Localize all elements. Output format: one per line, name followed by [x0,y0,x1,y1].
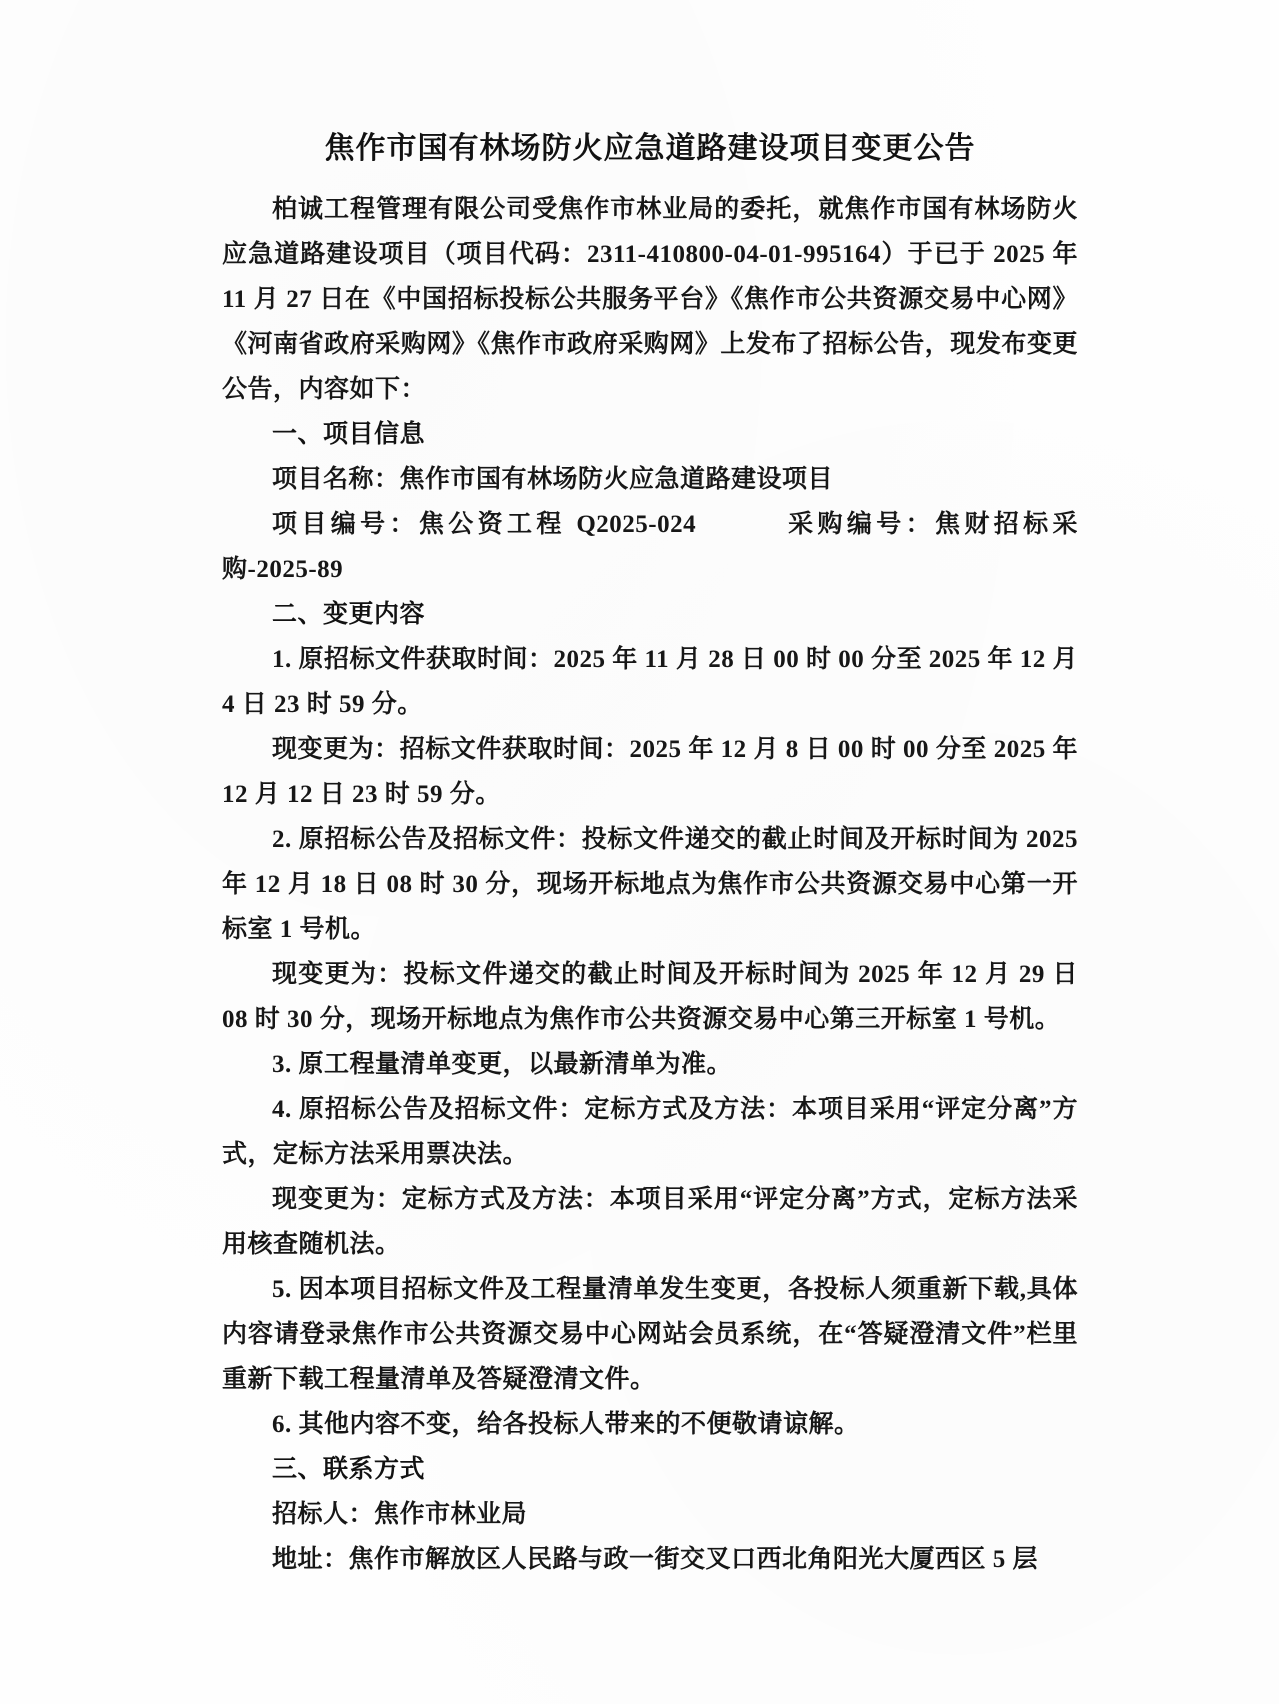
paragraph: 6. 其他内容不变，给各投标人带来的不便敬请谅解。 [222,1402,1078,1447]
paragraph: 地址：焦作市解放区人民路与政一街交叉口西北角阳光大厦西区 5 层 [222,1537,1078,1582]
paragraph: 项目编号：焦公资工程 Q2025-024 采购编号：焦财招标采购-2025-89 [222,502,1078,592]
section-heading-2: 二、变更内容 [222,592,1078,637]
section-heading-3: 三、联系方式 [222,1447,1078,1492]
paragraph: 2. 原招标公告及招标文件：投标文件递交的截止时间及开标时间为 2025 年 1… [222,817,1078,952]
paragraph: 5. 因本项目招标文件及工程量清单发生变更，各投标人须重新下载,具体内容请登录焦… [222,1267,1078,1402]
paragraph: 招标人：焦作市林业局 [222,1492,1078,1537]
intro-paragraph: 柏诚工程管理有限公司受焦作市林业局的委托，就焦作市国有林场防火应急道路建设项目（… [222,187,1078,412]
paragraph: 4. 原招标公告及招标文件：定标方式及方法：本项目采用“评定分离”方式，定标方法… [222,1087,1078,1177]
document: 焦作市国有林场防火应急道路建设项目变更公告 柏诚工程管理有限公司受焦作市林业局的… [222,126,1078,1582]
paragraph: 项目名称：焦作市国有林场防火应急道路建设项目 [222,457,1078,502]
paragraph: 1. 原招标文件获取时间：2025 年 11 月 28 日 00 时 00 分至… [222,637,1078,727]
paragraph: 现变更为：定标方式及方法：本项目采用“评定分离”方式，定标方法采用核查随机法。 [222,1177,1078,1267]
document-body: 柏诚工程管理有限公司受焦作市林业局的委托，就焦作市国有林场防火应急道路建设项目（… [222,187,1078,1582]
paragraph: 3. 原工程量清单变更，以最新清单为准。 [222,1042,1078,1087]
scanned-document-page: 焦作市国有林场防火应急道路建设项目变更公告 柏诚工程管理有限公司受焦作市林业局的… [0,0,1279,1704]
section-heading-1: 一、项目信息 [222,412,1078,457]
document-title: 焦作市国有林场防火应急道路建设项目变更公告 [222,126,1078,171]
paragraph: 现变更为：投标文件递交的截止时间及开标时间为 2025 年 12 月 29 日 … [222,952,1078,1042]
paragraph: 现变更为：招标文件获取时间：2025 年 12 月 8 日 00 时 00 分至… [222,727,1078,817]
